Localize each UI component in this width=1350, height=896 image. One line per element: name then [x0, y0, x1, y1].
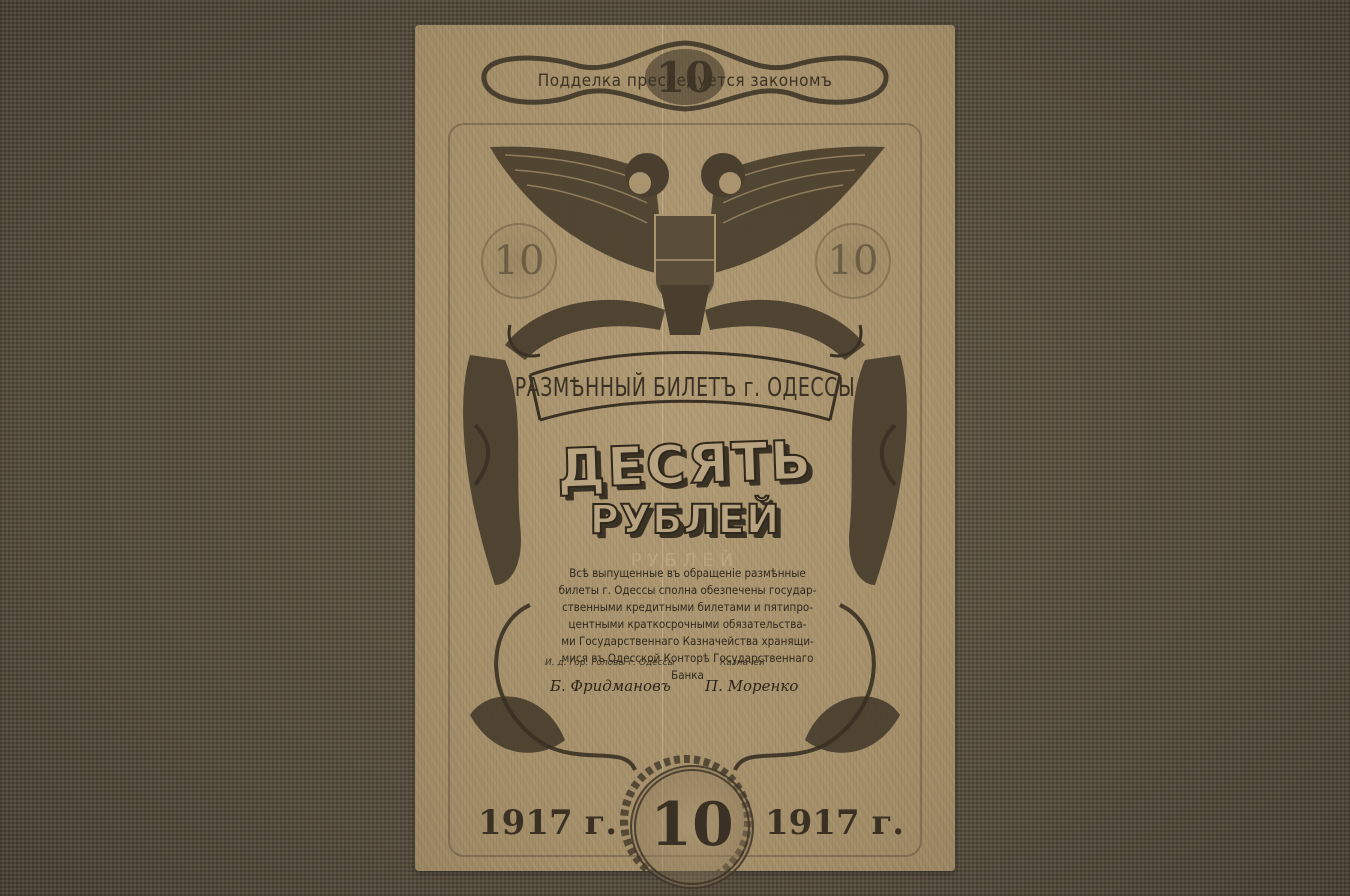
year-left: 1917 г.: [478, 803, 617, 843]
top-banner-text: Подделка преследуется закономъ: [415, 71, 955, 91]
signature-right: П. Моренко: [705, 677, 798, 695]
side-numeral-left: 10: [481, 223, 557, 299]
ribbon-title: РАЗМѢННЫЙ БИЛЕТЪ г. ОДЕССЫ: [415, 373, 955, 403]
guarantee-line: ственными кредитными билетами и пятипро-: [545, 599, 830, 616]
signature-left-label: И. д. Гор. Головы г. Одессы: [545, 658, 675, 668]
banknote: 10 Подделка преследуется закономъ 10 10 …: [415, 25, 955, 871]
signature-left: Б. Фридмановъ: [550, 677, 671, 695]
guarantee-line: Всѣ выпущенные въ обращеніе размѣнные: [545, 565, 830, 582]
year-right: 1917 г.: [765, 803, 904, 843]
bottom-numeral-medallion: 10: [630, 765, 754, 889]
guarantee-line: ми Государственнаго Казначейства хранящи…: [545, 633, 830, 650]
guarantee-line: центными краткосрочными обязательства-: [545, 616, 830, 633]
signature-right-label: Казначей: [720, 658, 765, 668]
side-numeral-right: 10: [815, 223, 891, 299]
denomination-currency: РУБЛЕЙ: [415, 497, 955, 543]
guarantee-line: билеты г. Одессы сполна обезпечены госуд…: [545, 582, 830, 599]
